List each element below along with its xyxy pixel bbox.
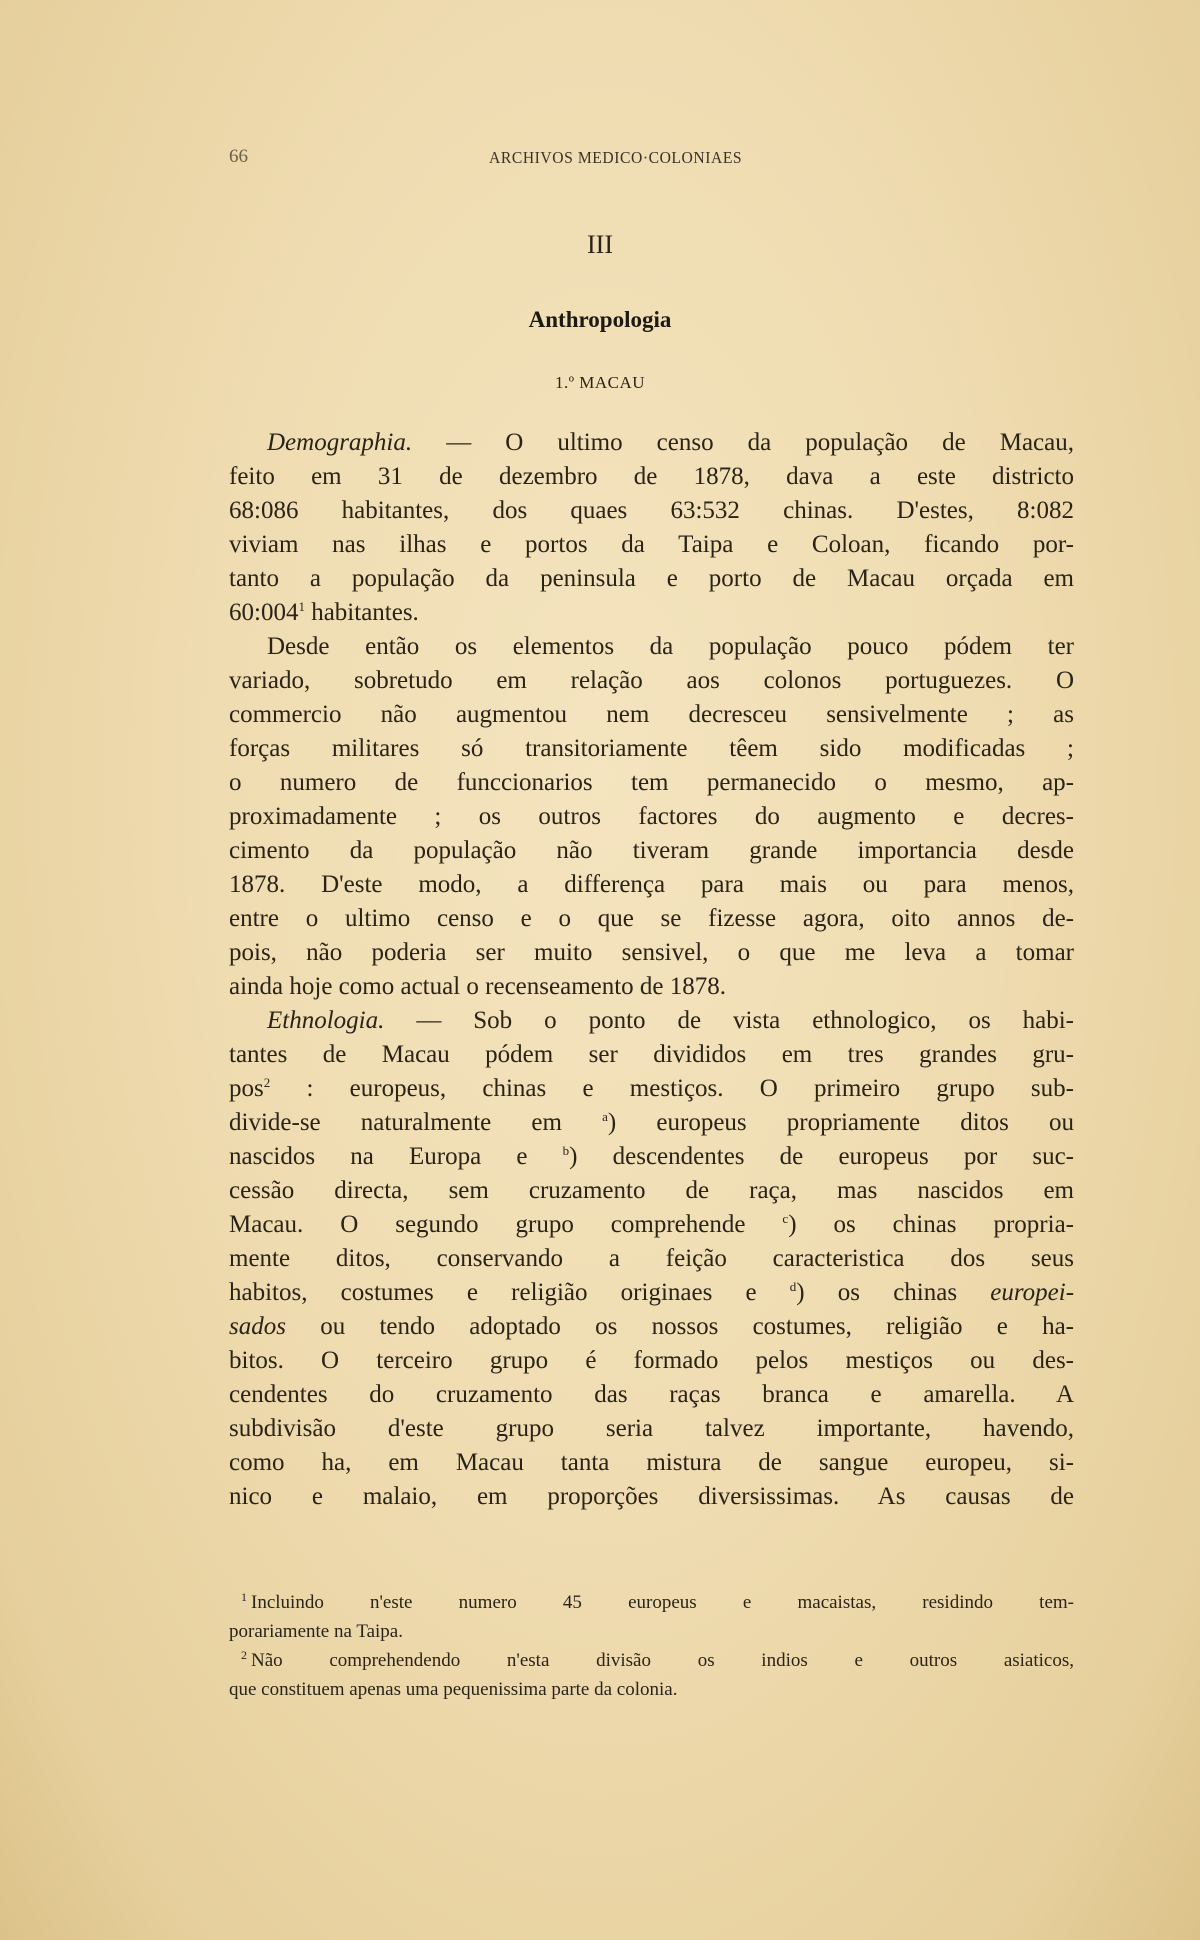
- paragraph-line: divide-se naturalmente em a) europeus pr…: [229, 1106, 1074, 1140]
- paragraph-line: Ethnologia. — Sob o ponto de vista ethno…: [229, 1004, 1074, 1038]
- paragraph-line: cimento da população não tiveram grande …: [229, 834, 1074, 868]
- paragraph-line: 68:086 habitantes, dos quaes 63:532 chin…: [229, 494, 1074, 528]
- ethnologia-heading: Ethnologia.: [267, 1007, 384, 1034]
- footnote-1-cont: porariamente na Taipa.: [229, 1617, 1074, 1646]
- paragraph-line: 60:0041 habitantes.: [229, 596, 1074, 630]
- paragraph-line: nascidos na Europa e b) descendentes de …: [229, 1140, 1074, 1174]
- document-page: 66 ARCHIVOS MEDICO·COLONIAES III Anthrop…: [0, 0, 1200, 1940]
- paragraph-line: ainda hoje como actual o recenseamento d…: [229, 970, 1074, 1004]
- paragraph-line: o numero de funccionarios tem permanecid…: [229, 766, 1074, 800]
- paragraph-line: pos2 : europeus, chinas e mestiços. O pr…: [229, 1072, 1074, 1106]
- paragraph-line: entre o ultimo censo e o que se fizesse …: [229, 902, 1074, 936]
- paragraph-line: Macau. O segundo grupo comprehende c) os…: [229, 1208, 1074, 1242]
- paragraph-line: proximadamente ; os outros factores do a…: [229, 800, 1074, 834]
- journal-title: ARCHIVOS MEDICO·COLONIAES: [489, 148, 742, 168]
- paragraph-line: tanto a população da peninsula e porto d…: [229, 562, 1074, 596]
- section-number: III: [0, 230, 1200, 260]
- section-title: Anthropologia: [0, 307, 1200, 333]
- footnote-1: 1Incluindo n'este numero 45 europeus e m…: [229, 1588, 1074, 1617]
- paragraph-line: como ha, em Macau tanta mistura de sangu…: [229, 1446, 1074, 1480]
- paragraph-line: cessão directa, sem cruzamento de raça, …: [229, 1174, 1074, 1208]
- paragraph-line: forças militares só transitoriamente têe…: [229, 732, 1074, 766]
- paragraph-line: cendentes do cruzamento das raças branca…: [229, 1378, 1074, 1412]
- paragraph-line: 1878. D'este modo, a differença para mai…: [229, 868, 1074, 902]
- paragraph-line: mente ditos, conservando a feição caract…: [229, 1242, 1074, 1276]
- footnotes: 1Incluindo n'este numero 45 europeus e m…: [229, 1588, 1074, 1704]
- paragraph-line: variado, sobretudo em relação aos colono…: [229, 664, 1074, 698]
- paragraph-line: habitos, costumes e religião originaes e…: [229, 1276, 1074, 1310]
- body-text: Demographia. — O ultimo censo da populaç…: [229, 426, 1074, 1514]
- paragraph-line: tantes de Macau pódem ser divididos em t…: [229, 1038, 1074, 1072]
- paragraph-line: feito em 31 de dezembro de 1878, dava a …: [229, 460, 1074, 494]
- paragraph-line: Demographia. — O ultimo censo da populaç…: [229, 426, 1074, 460]
- subsection-title: 1.º MACAU: [0, 373, 1200, 393]
- paragraph-line: sados ou tendo adoptado os nossos costum…: [229, 1310, 1074, 1344]
- paragraph-line: nico e malaio, em proporções diversissim…: [229, 1480, 1074, 1514]
- footnote-2-cont: que constituem apenas uma pequenissima p…: [229, 1675, 1074, 1704]
- paragraph-line: Desde então os elementos da população po…: [229, 630, 1074, 664]
- paragraph-line: commercio não augmentou nem decresceu se…: [229, 698, 1074, 732]
- footnote-2: 2Não comprehendendo n'esta divisão os in…: [229, 1646, 1074, 1675]
- running-head: 66 ARCHIVOS MEDICO·COLONIAES: [229, 146, 1074, 176]
- paragraph-line: bitos. O terceiro grupo é formado pelos …: [229, 1344, 1074, 1378]
- paragraph-line: pois, não poderia ser muito sensivel, o …: [229, 936, 1074, 970]
- paragraph-line: viviam nas ilhas e portos da Taipa e Col…: [229, 528, 1074, 562]
- page-number: 66: [229, 146, 248, 168]
- paragraph-line: subdivisão d'este grupo seria talvez imp…: [229, 1412, 1074, 1446]
- demographia-heading: Demographia.: [267, 429, 412, 456]
